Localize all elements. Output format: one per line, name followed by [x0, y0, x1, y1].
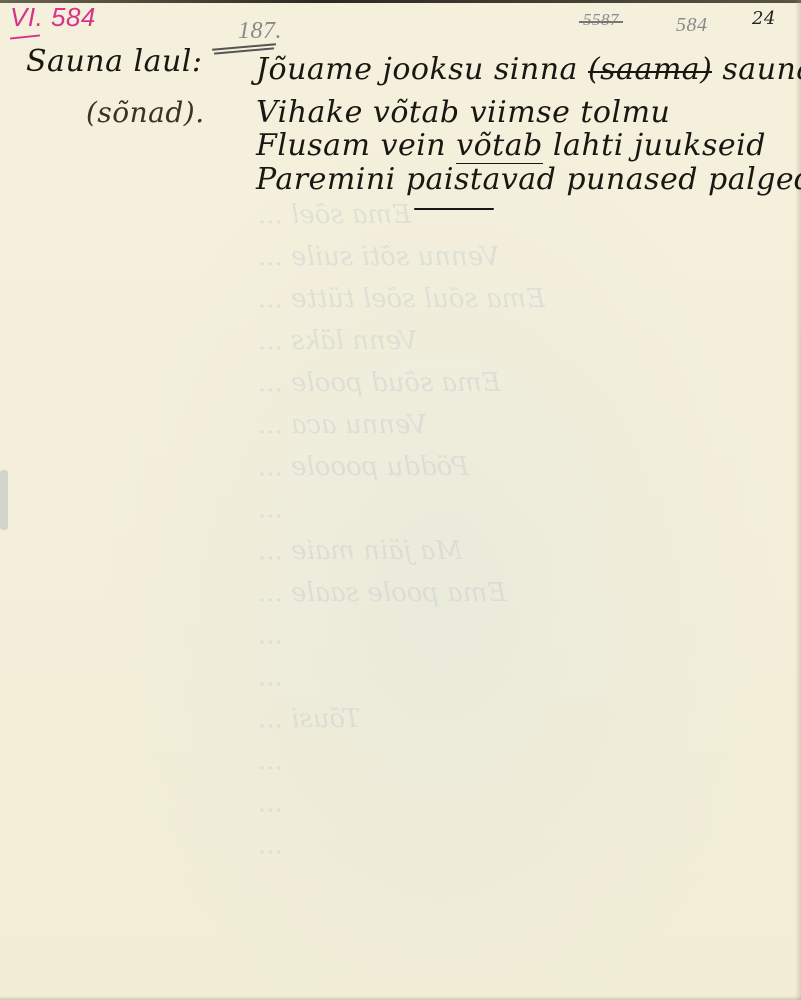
- bleed-through-line: Tõusi ...: [258, 704, 360, 734]
- bleed-through-line: Venn läks ...: [258, 326, 418, 356]
- verse-text: sauna: [712, 52, 801, 87]
- old-number-struck: 5587: [583, 10, 619, 30]
- paper-right-edge: [795, 0, 801, 1000]
- paper-top-edge: [0, 0, 801, 3]
- underlined-word: võtab: [456, 128, 543, 164]
- bleed-through-line: ...: [258, 746, 283, 776]
- bleed-through-line: Vennu aca ...: [258, 410, 427, 440]
- verse-text: Flusam vein: [256, 128, 456, 163]
- verse-text: lahti juukseid: [543, 128, 766, 163]
- bleed-through-line: Pöddu pooole ...: [258, 452, 469, 482]
- song-subtitle: (sõnad).: [86, 96, 205, 129]
- bleed-through-line: ...: [258, 620, 283, 650]
- bleed-through-line: ...: [258, 494, 283, 524]
- paper-bottom-edge: [0, 996, 801, 1000]
- song-number: 187.: [238, 18, 282, 45]
- bleed-through-line: ...: [258, 830, 283, 860]
- archive-id: VI. 584: [10, 2, 96, 33]
- new-number: 584: [676, 14, 708, 37]
- bleed-through-line: Ma jäin maie ...: [258, 536, 462, 566]
- page-number: 24: [752, 8, 776, 29]
- end-rule: [414, 208, 494, 210]
- verse-line-2: Vihake võtab viimse tolmu: [256, 95, 670, 130]
- song-title: Sauna laul:: [26, 44, 203, 79]
- verse-line-3: Flusam vein võtab lahti juukseid: [256, 128, 766, 163]
- ink-stain: [0, 470, 8, 530]
- bleed-through-line: Ema poole saale ...: [258, 578, 506, 608]
- manuscript-page: Ema sõel ...Vennu sõti suile ...Ema sõul…: [0, 0, 801, 1000]
- bleed-through-line: Vennu sõti suile ...: [258, 242, 499, 272]
- strikethrough-line: [579, 21, 623, 23]
- bleed-through-line: Ema sõul sõel tütte ...: [258, 284, 545, 314]
- archive-id-underline: [10, 34, 40, 39]
- verse-text: Jõuame jooksu sinna: [256, 52, 588, 87]
- bleed-through-line: Ema sõud poole ...: [258, 368, 501, 398]
- bleed-through-line: ...: [258, 788, 283, 818]
- struck-word: (saama): [588, 52, 712, 87]
- verse-line-1: Jõuame jooksu sinna (saama) sauna: [256, 52, 801, 87]
- bleed-through-line: Ema sõel ...: [258, 200, 411, 230]
- verse-line-4: Paremini paistavad punased palged.: [256, 162, 801, 197]
- bleed-through-line: ...: [258, 662, 283, 692]
- old-number-text: 5587: [583, 10, 619, 29]
